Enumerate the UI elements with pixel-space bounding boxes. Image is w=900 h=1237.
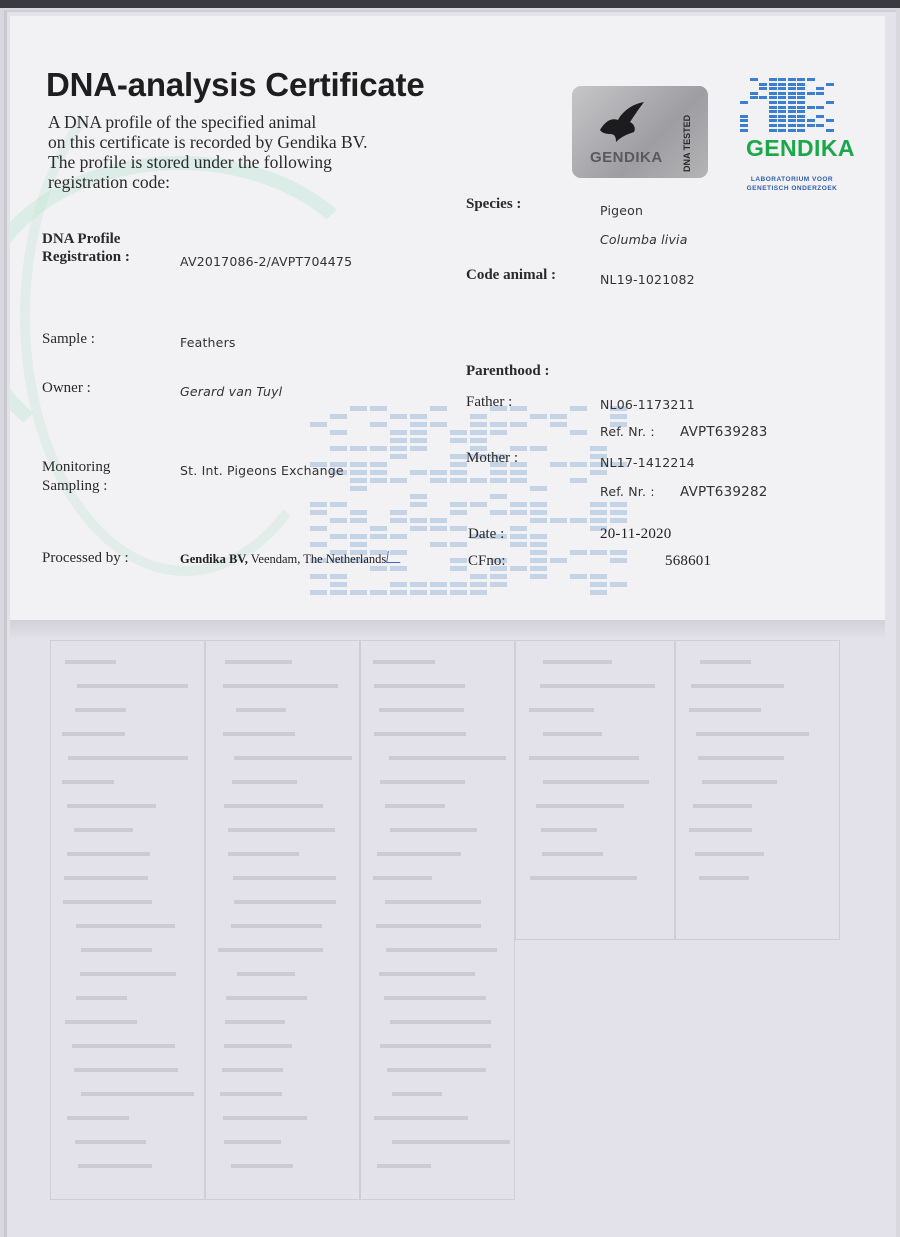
- owner-label: Owner :: [42, 380, 91, 397]
- monitoring-label-line1: Monitoring: [42, 459, 110, 476]
- card-edge-shadow: [10, 618, 885, 640]
- mother-ring: NL17-1412214: [600, 455, 695, 470]
- processed-label: Processed by :: [42, 550, 129, 567]
- logo-brand: GENDIKA: [746, 135, 855, 162]
- species-common: Pigeon: [600, 203, 643, 218]
- parenthood-label: Parenthood :: [466, 363, 549, 380]
- reverse-pedigree-showthrough: [50, 640, 840, 1200]
- father-label: Father :: [466, 394, 512, 411]
- code-animal-value: NL19-1021082: [600, 272, 695, 287]
- monitoring-value: St. Int. Pigeons Exchange: [180, 463, 344, 478]
- badge-tested-label: DNA TESTED: [682, 115, 692, 172]
- intro-line: A DNA profile of the specified animal: [48, 112, 448, 132]
- signature-mark: [386, 551, 402, 563]
- mother-label: Mother :: [466, 450, 518, 467]
- cfno-value: 568601: [665, 553, 711, 570]
- gendika-watermark: [310, 406, 630, 606]
- father-ref: AVPT639283: [680, 424, 768, 440]
- cfno-label: CFno:: [468, 553, 506, 570]
- date-value: 20-11-2020: [600, 526, 671, 543]
- intro-line: on this certificate is recorded by Gendi…: [48, 132, 448, 152]
- monitoring-label-line2: Sampling :: [42, 478, 107, 495]
- dna-tested-badge: GENDIKA DNA TESTED: [572, 86, 708, 178]
- gendika-logo: GENDIKA LABORATORIUM VOOR GENETISCH ONDE…: [732, 78, 852, 198]
- processed-value: Gendika BV, Veendam, The Netherlands: [180, 551, 401, 567]
- certificate-title: DNA-analysis Certificate: [46, 66, 425, 104]
- sample-label: Sample :: [42, 331, 95, 348]
- registration-label-line1: DNA Profile: [42, 231, 120, 248]
- gendika-logo-mark-icon: [740, 78, 836, 134]
- species-label: Species :: [466, 196, 521, 213]
- registration-label-line2: Registration :: [42, 249, 130, 266]
- father-ring: NL06-1173211: [600, 397, 695, 412]
- logo-subtitle-line: LABORATORIUM VOOR: [732, 175, 852, 184]
- logo-subtitle-line: GENETISCH ONDERZOEK: [732, 184, 852, 193]
- processed-company: Gendika BV,: [180, 552, 248, 566]
- intro-line: registration code:: [48, 172, 448, 192]
- code-animal-label: Code animal :: [466, 267, 556, 284]
- species-latin: Columba livia: [600, 232, 688, 247]
- sample-value: Feathers: [180, 335, 236, 350]
- certificate-card: DNA-analysis Certificate A DNA profile o…: [10, 16, 885, 620]
- owner-value: Gerard van Tuyl: [180, 384, 282, 399]
- processed-location: Veendam, The Netherlands: [248, 552, 386, 566]
- certificate-intro: A DNA profile of the specified animal on…: [48, 112, 448, 192]
- badge-brand: GENDIKA: [590, 149, 663, 166]
- mother-ref-label: Ref. Nr. :: [600, 484, 655, 499]
- father-ref-label: Ref. Nr. :: [600, 424, 655, 439]
- registration-value: AV2017086-2/AVPT704475: [180, 254, 352, 269]
- date-label: Date :: [468, 526, 504, 543]
- pigeon-silhouette-icon: [596, 100, 648, 144]
- intro-line: The profile is stored under the followin…: [48, 152, 448, 172]
- logo-subtitle: LABORATORIUM VOOR GENETISCH ONDERZOEK: [732, 175, 852, 193]
- mother-ref: AVPT639282: [680, 484, 768, 500]
